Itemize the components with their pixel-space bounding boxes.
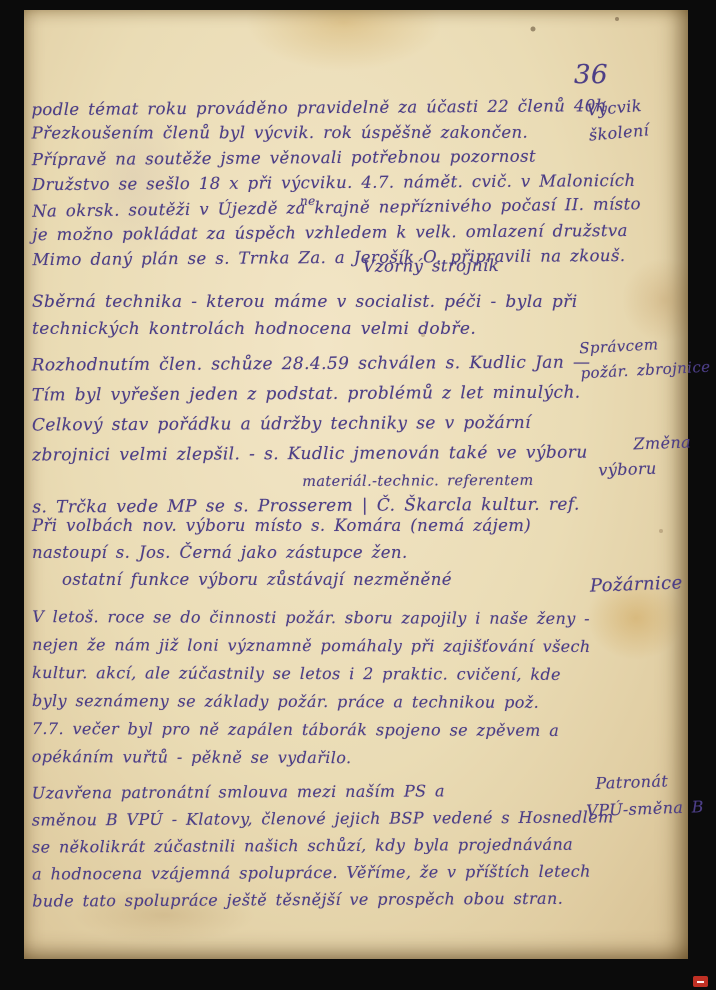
corner-marker-icon [693,976,708,987]
scanned-page: 36 podle témat roku prováděno pravidelně… [0,0,716,990]
margin-note-spravce: Správcem požár. zbrojnice [579,333,711,390]
handwritten-line: technických kontrolách hodnocena velmi d… [32,319,578,346]
margin-note-line: Požárnice [590,572,684,600]
handwritten-line: opékáním vuřtů - pěkně se vydařilo. [32,747,591,777]
handwritten-line: Uzavřena patronátní smlouva mezi naším P… [32,780,614,810]
handwritten-line: byly seznámeny se základy požár. práce a… [32,691,591,721]
paper-specks [24,10,26,12]
handwritten-line: Rozhodnutím člen. schůze 28.4.59 schvále… [32,353,591,386]
corner-marker-dash [697,981,704,983]
handwritten-line: materiál.-technic. referentem [302,473,591,497]
margin-note-pozarnice: Požárnice [590,572,684,600]
handwritten-line: směnou B VPÚ - Klatovy, členové jejich B… [32,807,614,837]
paragraph-technika: Sběrná technika - kterou máme v socialis… [32,292,578,346]
handwritten-line: Celkový stav pořádku a údržby techniky s… [32,413,591,446]
handwritten-line: se několikrát zúčastnili našich schůzí, … [32,834,614,864]
paragraph-patronat: Uzavřena patronátní smlouva mezi naším P… [32,780,614,918]
margin-note-line: požár. zbrojnice [580,358,711,390]
paragraph-zbrojnice: Rozhodnutím člen. schůze 28.4.59 schvále… [32,353,592,528]
handwritten-line: Tím byl vyřešen jeden z podstat. problém… [32,383,591,416]
paragraph-pozarnice: V letoš. roce se do činnosti požár. sbor… [32,607,591,777]
handwritten-line: 7.7. večer byl pro ně zapálen táborák sp… [32,719,591,749]
margin-note-vycvik: Výcvik školení [586,95,650,150]
handwritten-line: ostatní funkce výboru zůstávají nezměněn… [62,570,531,597]
margin-note-line: VPÚ-směna B [586,797,704,828]
handwritten-line: bude tato spolupráce ještě těsnější ve p… [32,888,614,918]
paragraph-training: podle témat roku prováděno pravidelně za… [31,96,641,284]
margin-note-line: výboru [598,457,692,485]
paragraph-volby: Při volbách nov. výboru místo s. Komára … [32,516,531,597]
margin-note-zmena-vyboru: Změna výboru [597,432,692,485]
page-number: 36 [574,60,608,90]
handwritten-line: podle témat roku prováděno pravidelně za… [31,96,640,125]
handwritten-line: nejen že nám již loni významně pomáhaly … [32,635,591,665]
paper: 36 podle témat roku prováděno pravidelně… [24,10,688,959]
margin-note-patronat: Patronát VPÚ-směna B [595,770,704,828]
handwritten-line: kultur. akcí, ale zúčastnily se letos i … [32,663,591,693]
margin-note-line: Změna [597,432,691,460]
handwritten-line: Sběrná technika - kterou máme v socialis… [32,292,578,319]
handwritten-line: zbrojnici velmi zlepšil. - s. Kudlic jme… [32,443,591,476]
handwritten-line: Přezkoušením členů byl výcvik. rok úspěš… [32,122,641,148]
margin-note-line: školení [588,120,650,150]
handwritten-line: a hodnocena vzájemná spolupráce. Věříme,… [32,861,614,891]
handwritten-line: nastoupí s. Jos. Černá jako zástupce žen… [32,543,531,570]
handwritten-line: Při volbách nov. výboru místo s. Komára … [32,516,531,543]
margin-note-line: Patronát [595,770,703,801]
handwritten-line: V letoš. roce se do činnosti požár. sbor… [32,607,591,637]
interline-insertion: ne. [300,194,320,208]
